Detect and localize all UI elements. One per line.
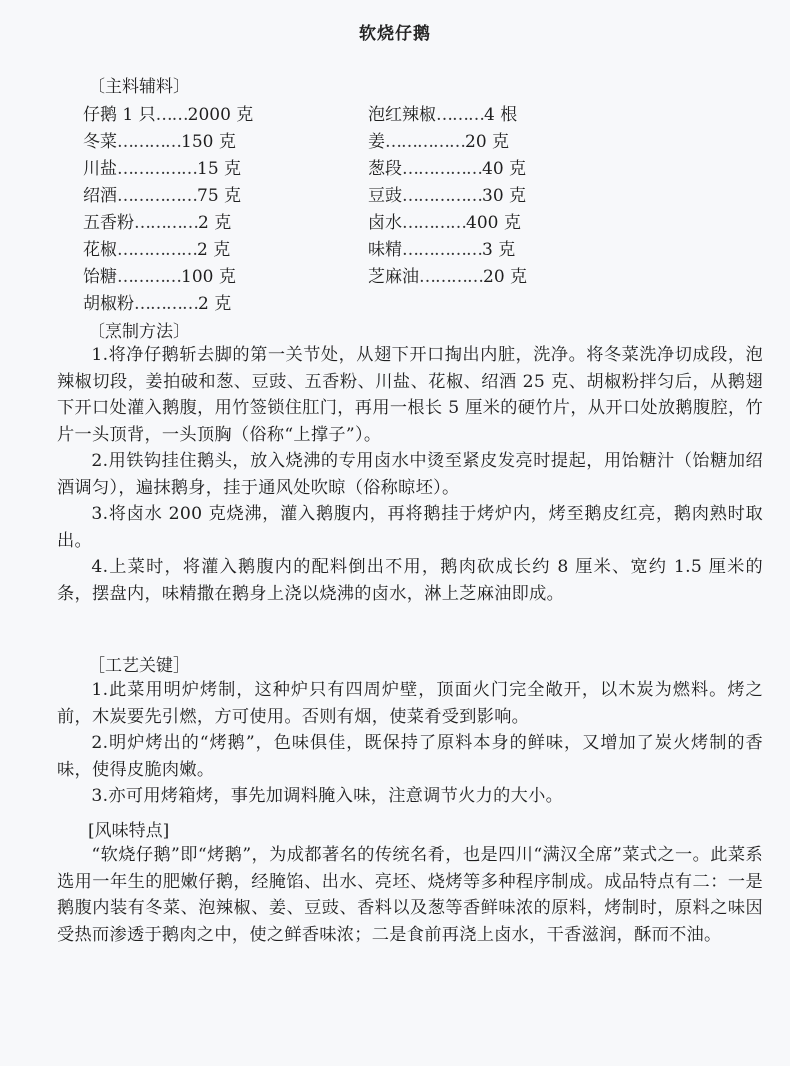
recipe-page: 软烧仔鹅 〔主料辅料〕 仔鹅 1 只……2000 克 冬菜…………150 克 川… <box>0 0 790 1066</box>
method-step: 3.将卤水 200 克烧沸，灌入鹅腹内，再将鹅挂于烤炉内，烤至鹅皮红亮，鹅肉熟时… <box>57 501 763 554</box>
ingredient-item: 五香粉…………2 克 <box>83 210 253 237</box>
flavor-heading: [风味特点] <box>88 816 169 841</box>
ingredients-list-left: 仔鹅 1 只……2000 克 冬菜…………150 克 川盐……………15 克 绍… <box>83 102 253 318</box>
ingredient-item: 仔鹅 1 只……2000 克 <box>83 102 253 129</box>
method-step: 1.将净仔鹅斩去脚的第一关节处，从翅下开口掏出内脏，洗净。将冬菜洗净切成段，泡辣… <box>57 342 763 448</box>
key-points-heading: ［工艺关键］ <box>88 651 190 676</box>
key-point: 3.亦可用烤箱烤，事先加调料腌入味，注意调节火力的大小。 <box>57 783 763 810</box>
flavor-paragraph: “软烧仔鹅”即“烤鹅”，为成都著名的传统名肴，也是四川“满汉全席”菜式之一。此菜… <box>57 842 763 948</box>
method-step: 2.用铁钩挂住鹅头，放入烧沸的专用卤水中烫至紧皮发亮时提起，用饴糖汁（饴糖加绍酒… <box>57 448 763 501</box>
ingredient-item: 胡椒粉…………2 克 <box>83 291 253 318</box>
flavor-description: “软烧仔鹅”即“烤鹅”，为成都著名的传统名肴，也是四川“满汉全席”菜式之一。此菜… <box>57 842 763 948</box>
method-heading: 〔烹制方法〕 <box>88 317 190 342</box>
page-title: 软烧仔鹅 <box>0 19 790 44</box>
ingredient-item: 姜……………20 克 <box>368 129 527 156</box>
ingredient-item: 绍酒……………75 克 <box>83 183 253 210</box>
ingredients-heading: 〔主料辅料〕 <box>88 72 190 97</box>
ingredient-item: 饴糖…………100 克 <box>83 264 253 291</box>
ingredient-item: 花椒……………2 克 <box>83 237 253 264</box>
ingredients-list-right: 泡红辣椒………4 根 姜……………20 克 葱段……………40 克 豆豉…………… <box>368 102 527 291</box>
ingredient-item: 冬菜…………150 克 <box>83 129 253 156</box>
ingredient-item: 卤水…………400 克 <box>368 210 527 237</box>
key-point: 1.此菜用明炉烤制，这种炉只有四周炉壁，顶面火门完全敞开，以木炭为燃料。烤之前，… <box>57 677 763 730</box>
method-step: 4.上菜时，将灌入鹅腹内的配料倒出不用，鹅肉砍成长约 8 厘米、宽约 1.5 厘… <box>57 554 763 607</box>
ingredient-item: 川盐……………15 克 <box>83 156 253 183</box>
ingredient-item: 泡红辣椒………4 根 <box>368 102 527 129</box>
ingredient-item: 味精……………3 克 <box>368 237 527 264</box>
key-points: 1.此菜用明炉烤制，这种炉只有四周炉壁，顶面火门完全敞开，以木炭为燃料。烤之前，… <box>57 677 763 810</box>
ingredient-item: 芝麻油…………20 克 <box>368 264 527 291</box>
ingredient-item: 豆豉……………30 克 <box>368 183 527 210</box>
method-steps: 1.将净仔鹅斩去脚的第一关节处，从翅下开口掏出内脏，洗净。将冬菜洗净切成段，泡辣… <box>57 342 763 607</box>
key-point: 2.明炉烤出的“烤鹅”，色味俱佳，既保持了原料本身的鲜味，又增加了炭火烤制的香味… <box>57 730 763 783</box>
ingredient-item: 葱段……………40 克 <box>368 156 527 183</box>
